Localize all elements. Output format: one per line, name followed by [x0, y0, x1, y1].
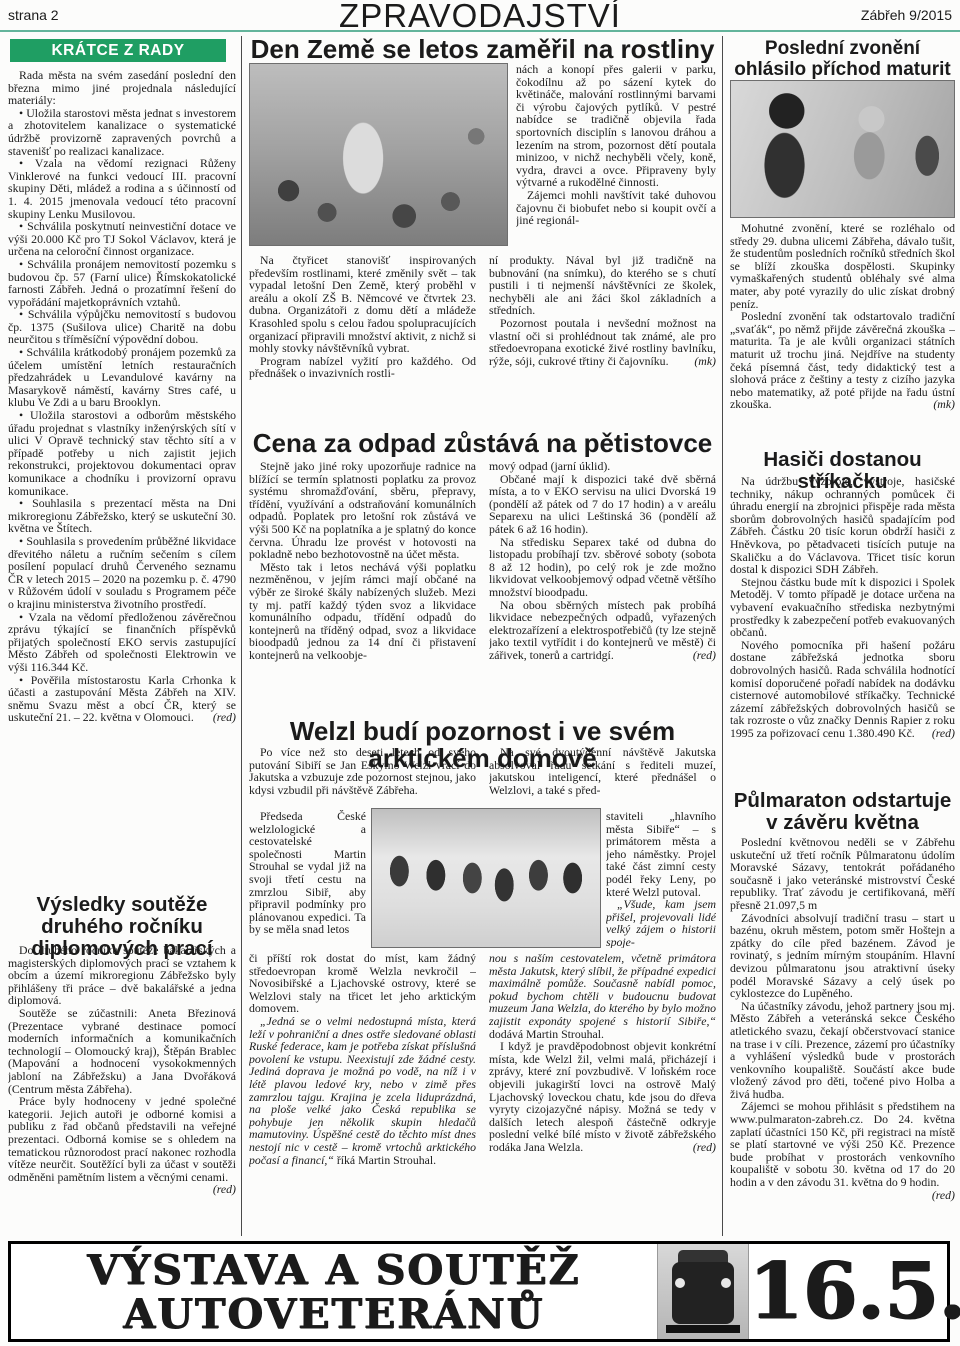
bullet-item: • Uložila starostovi a odborům městského… — [8, 409, 236, 497]
advert-date: 16.5. — [749, 1244, 947, 1339]
signature: (mk) — [683, 355, 716, 368]
article-paragraph: Město tak i letos nechává výši poplatku … — [249, 561, 476, 662]
article-paragraph: Nového pomocníka při hašení požáru dosta… — [730, 639, 955, 740]
car-base-shape — [666, 1325, 740, 1333]
welzl-left-top: Po více než sto deseti letech od svého p… — [249, 746, 476, 808]
cena-right-text: mový odpad (jarní úklid). Občané mají k … — [489, 460, 716, 714]
article-paragraph: Na obou sběrných místech pak probíhá lik… — [489, 599, 716, 662]
column-divider-left — [241, 36, 242, 1236]
article-paragraph: Na údržbu výzbroje, výstroje, hasičské t… — [730, 475, 955, 576]
article-paragraph: „Jedná se o velmi nedostupná místa, kter… — [249, 1015, 476, 1166]
signature: (red) — [682, 1141, 716, 1154]
kratce-body: Rada města na svém zasedání poslední den… — [8, 69, 236, 889]
bullet-item: • Schválila poskytnutí neinvestiční dota… — [8, 220, 236, 258]
bullet-item: • Vzala na vědomí rezignaci Růženy Vinkl… — [8, 157, 236, 220]
welzl-right-narrow: staviteli „hlavního města Sibiře“ – s pr… — [606, 810, 716, 948]
middle-column: Den Země se letos zaměřil na rostliny ná… — [249, 36, 716, 1236]
article-paragraph: Do druhého ročníku soutěže bakalářských … — [8, 944, 236, 1007]
article-paragraph: nách a konopí přes galerii v parku, čoko… — [516, 63, 716, 189]
article-paragraph: Stejně jako jiné roky upozorňuje radnice… — [249, 460, 476, 561]
car-body-shape — [672, 1262, 734, 1324]
bullet-item: • Uložila starostovi města jednat s inve… — [8, 107, 236, 157]
article-paragraph: Mohutné zvonění, které se rozléhalo od s… — [730, 222, 955, 310]
advert-text: VÝSTAVA A SOUTĚŽ AUTOVETERÁNŮ — [11, 1244, 657, 1339]
signature: (red) — [202, 711, 236, 724]
hasici-body: Na údržbu výzbroje, výstroje, hasičské t… — [730, 475, 955, 785]
article-paragraph: Pozornost poutala i nevšední možnost na … — [489, 317, 716, 367]
maturity-body: Mohutné zvonění, které se rozléhalo od s… — [730, 222, 955, 446]
article-paragraph: staviteli „hlavního města Sibiře“ – s pr… — [606, 810, 716, 898]
article-paragraph: Občané mají k dispozici také dvě sběrná … — [489, 473, 716, 536]
pulmaraton-body: Poslední květnovou neděli se v Zábřehu u… — [730, 836, 955, 1234]
den-zeme-side-text: nách a konopí přes galerii v parku, čoko… — [516, 63, 716, 248]
bullet-item: • Souhlasila s prezentací města na Dni m… — [8, 497, 236, 535]
bullet-item: • Vzala na vědomí předloženou závěrečnou… — [8, 611, 236, 674]
article-paragraph: Zájemci mohli navštívit také duhovou čaj… — [516, 189, 716, 227]
signature: (red) — [921, 1189, 955, 1202]
article-paragraph: Na čtyřicet stanovišť inspirovaných před… — [249, 254, 476, 355]
den-zeme-title: Den Země se letos zaměřil na rostliny — [249, 36, 716, 63]
right-column: Poslední zvonění ohlásilo příchod maturi… — [730, 36, 955, 1236]
article-paragraph: ní produkty. Nával byl již tradičně na b… — [489, 254, 716, 317]
vysledky-body: Do druhého ročníku soutěže bakalářských … — [8, 944, 236, 1236]
article-paragraph: Program nabízel vyžití pro každého. Od p… — [249, 355, 476, 380]
kratce-intro: Rada města na svém zasedání poslední den… — [8, 69, 236, 107]
newspaper-page: { "colors": { "accent_green": "#1f9e63",… — [0, 0, 960, 1346]
article-paragraph: I když je pravděpodobnost objevit konkré… — [489, 1040, 716, 1153]
masthead: strana 2 ZPRAVODAJSTVÍ Zábřeh 9/2015 — [0, 0, 960, 32]
signature: (mk) — [922, 398, 955, 411]
article-paragraph: nou s naším cestovatelem, včetně primáto… — [489, 952, 716, 1040]
article-paragraph: Soutěže se zúčastnili: Aneta Březinová (… — [8, 1007, 236, 1095]
advert-line2: AUTOVETERÁNŮ — [11, 1292, 657, 1336]
car-headlight-icon — [675, 1278, 685, 1288]
article-paragraph: Po více než sto deseti letech od svého p… — [249, 746, 476, 796]
article-paragraph: Poslední zvonění tak odstartovalo tradič… — [730, 310, 955, 411]
issue-label: Zábřeh 9/2015 — [861, 9, 952, 22]
article-paragraph: Poslední květnovou neděli se v Zábřehu u… — [730, 836, 955, 912]
bullet-item: • Pověřila místostarostu Karla Crhonka k… — [8, 674, 236, 724]
car-headlight-icon — [721, 1278, 731, 1288]
vintage-car-photo — [657, 1244, 749, 1339]
article-paragraph: Práce byly hodnoceny v jedné společné ka… — [8, 1095, 236, 1183]
newspaper-section-title: ZPRAVODAJSTVÍ — [0, 0, 960, 32]
welzl-left-bottom: či příští rok dostat do míst, kam žádný … — [249, 952, 476, 1236]
signature: (red) — [202, 1183, 236, 1196]
column-divider-right — [722, 36, 723, 1236]
den-zeme-photo — [249, 63, 508, 246]
pulmaraton-title: Půlmaraton odstartuje v závěru května — [730, 790, 955, 834]
maturity-photo — [730, 80, 955, 218]
cena-title: Cena za odpad zůstává na pětistovce — [249, 430, 716, 457]
signature: (red) — [921, 727, 955, 740]
welzl-right-top: Na své dvoutýdenní návštěvě Jakutska abs… — [489, 746, 716, 808]
bullet-item: • Souhlasila s provedením průběžné likvi… — [8, 535, 236, 611]
article-paragraph: „Všude, kam jsem přišel, projevovali lid… — [606, 898, 716, 948]
kratce-z-rady-header: KRÁTCE Z RADY — [10, 39, 226, 62]
maturity-title: Poslední zvonění ohlásilo příchod maturi… — [730, 38, 955, 80]
den-zeme-right-text: ní produkty. Nával byl již tradičně na b… — [489, 254, 716, 428]
article-paragraph: Předseda České welzlologické a cestovate… — [249, 810, 366, 936]
bullet-item: • Schválila krátkodobý pronájem pozemků … — [8, 346, 236, 409]
den-zeme-left-text: Na čtyřicet stanovišť inspirovaných před… — [249, 254, 476, 428]
masthead-rule — [0, 30, 960, 32]
welzl-right-bottom: nou s naším cestovatelem, včetně primáto… — [489, 952, 716, 1236]
welzl-photo — [371, 808, 601, 948]
signature: (red) — [682, 649, 716, 662]
advert-banner: VÝSTAVA A SOUTĚŽ AUTOVETERÁNŮ 16.5. — [8, 1241, 950, 1342]
article-paragraph: či příští rok dostat do míst, kam žádný … — [249, 952, 476, 1015]
article-paragraph: Závodníci absolvují tradiční trasu – sta… — [730, 912, 955, 1000]
article-paragraph: Na své dvoutýdenní návštěvě Jakutska abs… — [489, 746, 716, 796]
bullet-item: • Schválila výpůjčku nemovitostí s budov… — [8, 308, 236, 346]
bullet-item: • Schválila pronájem nemovitostí pozemku… — [8, 258, 236, 308]
article-paragraph: Zájemci se mohou přihlásit s předstihem … — [730, 1100, 955, 1188]
welzl-left-narrow: Předseda České welzlologické a cestovate… — [249, 810, 366, 948]
article-paragraph: Na účastníky závodu, jehož partnery jsou… — [730, 1000, 955, 1101]
advert-line1: VÝSTAVA A SOUTĚŽ — [11, 1248, 657, 1292]
left-column: KRÁTCE Z RADY Rada města na svém zasedán… — [8, 36, 236, 1236]
article-paragraph: Na středisku Separex také od dubna do li… — [489, 536, 716, 599]
cena-left-text: Stejně jako jiné roky upozorňuje radnice… — [249, 460, 476, 714]
article-paragraph: Stejnou částku bude mít k dispozici i Sp… — [730, 576, 955, 639]
